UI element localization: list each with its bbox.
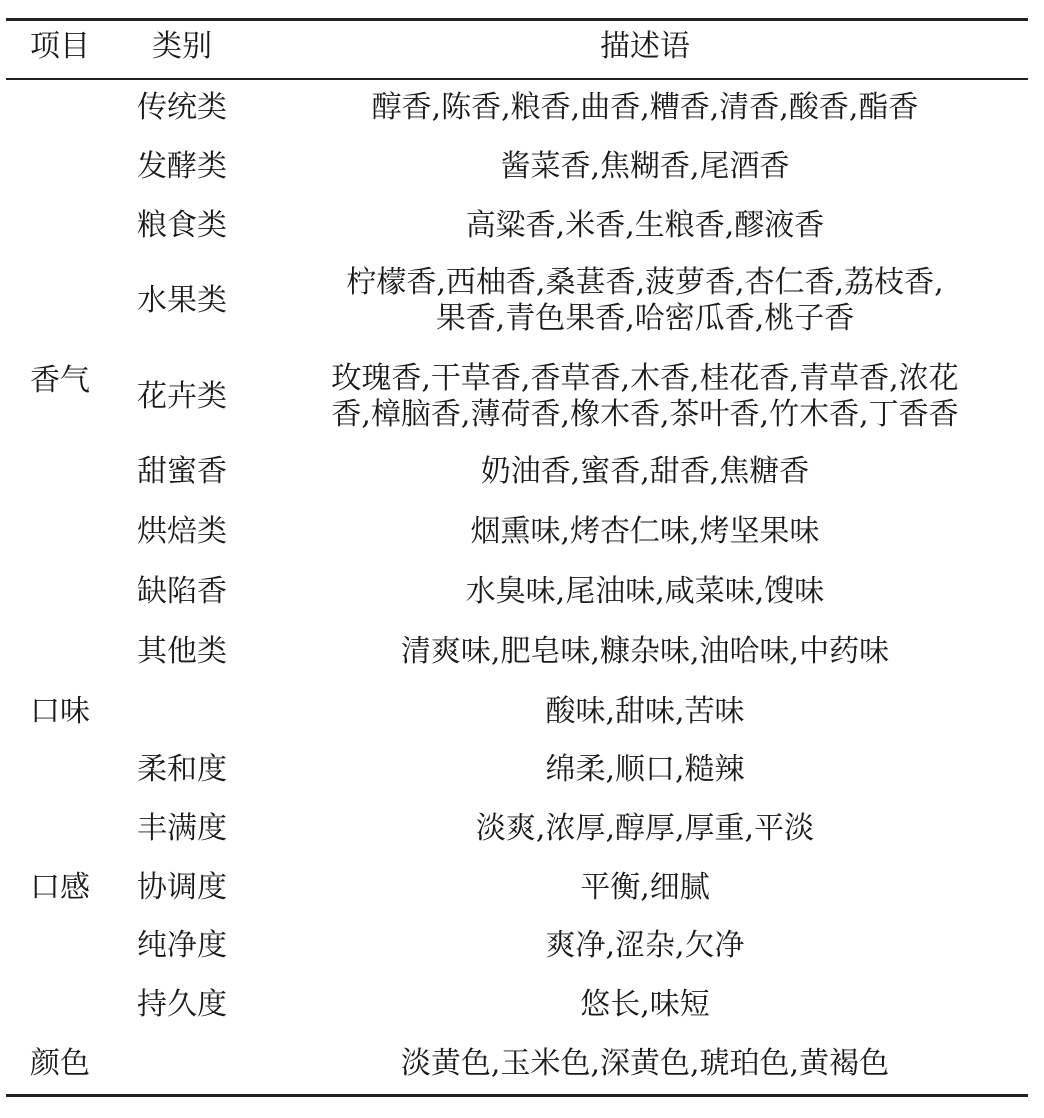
table-row-descriptors: 淡黄色,玉米色,深黄色,琥珀色,黄褐色 — [262, 1047, 1028, 1081]
table-row-category: 水果类 — [137, 284, 227, 318]
group-label-aroma: 香气 — [30, 364, 90, 398]
table-row-descriptors-line2: 果香,青色果香,哈密瓜香,桃子香 — [262, 302, 1028, 336]
header-category: 类别 — [152, 30, 212, 64]
table-row-category: 传统类 — [137, 91, 227, 125]
table-row-descriptors-line1: 柠檬香,西柚香,桑葚香,菠萝香,杏仁香,荔枝香, — [262, 266, 1028, 300]
table-row-descriptors: 高粱香,米香,生粮香,醪液香 — [262, 209, 1028, 243]
table-row-category: 发酵类 — [137, 150, 227, 184]
table-row-descriptors-line2: 香,樟脑香,薄荷香,橡木香,茶叶香,竹木香,丁香香 — [262, 398, 1028, 432]
table-row-category: 烘焙类 — [137, 515, 227, 549]
table-row-category: 甜蜜香 — [137, 455, 227, 489]
table-row-category: 协调度 — [137, 871, 227, 905]
table-row-descriptors: 平衡,细腻 — [262, 871, 1028, 905]
table-row-category: 柔和度 — [137, 753, 227, 787]
table-bottom-rule — [6, 1094, 1028, 1097]
table-row-descriptors: 清爽味,肥皂味,糠杂味,油哈味,中药味 — [262, 635, 1028, 669]
table-row-descriptors: 奶油香,蜜香,甜香,焦糖香 — [262, 455, 1028, 489]
table-row-descriptors: 悠长,味短 — [262, 988, 1028, 1022]
table-row-category: 丰满度 — [137, 812, 227, 846]
table-row-category: 粮食类 — [137, 209, 227, 243]
group-label-mouthfeel: 口感 — [30, 871, 90, 905]
table-row-descriptors: 烟熏味,烤杏仁味,烤坚果味 — [262, 515, 1028, 549]
table-row-descriptors: 淡爽,浓厚,醇厚,厚重,平淡 — [262, 812, 1028, 846]
table-row-category: 花卉类 — [137, 380, 227, 414]
table-row-descriptors: 水臭味,尾油味,咸菜味,馊味 — [262, 575, 1028, 609]
table-header-rule — [6, 78, 1028, 80]
table-top-rule — [6, 18, 1028, 21]
table-row-descriptors: 酱菜香,焦糊香,尾酒香 — [262, 150, 1028, 184]
header-item: 项目 — [30, 30, 90, 64]
table-row-descriptors: 醇香,陈香,粮香,曲香,糟香,清香,酸香,酯香 — [262, 91, 1028, 125]
table-row-descriptors: 酸味,甜味,苦味 — [262, 695, 1028, 729]
table-row-descriptors: 绵柔,顺口,糙辣 — [262, 753, 1028, 787]
header-descriptors: 描述语 — [262, 30, 1028, 64]
table-row-category: 其他类 — [137, 635, 227, 669]
table-row-category: 持久度 — [137, 988, 227, 1022]
table-row-category: 缺陷香 — [137, 575, 227, 609]
group-label-taste: 口味 — [30, 695, 90, 729]
table-row-descriptors: 爽净,涩杂,欠净 — [262, 929, 1028, 963]
table-row-descriptors-line1: 玫瑰香,干草香,香草香,木香,桂花香,青草香,浓花 — [262, 362, 1028, 396]
table-row-category: 纯净度 — [137, 929, 227, 963]
group-label-color: 颜色 — [30, 1047, 90, 1081]
